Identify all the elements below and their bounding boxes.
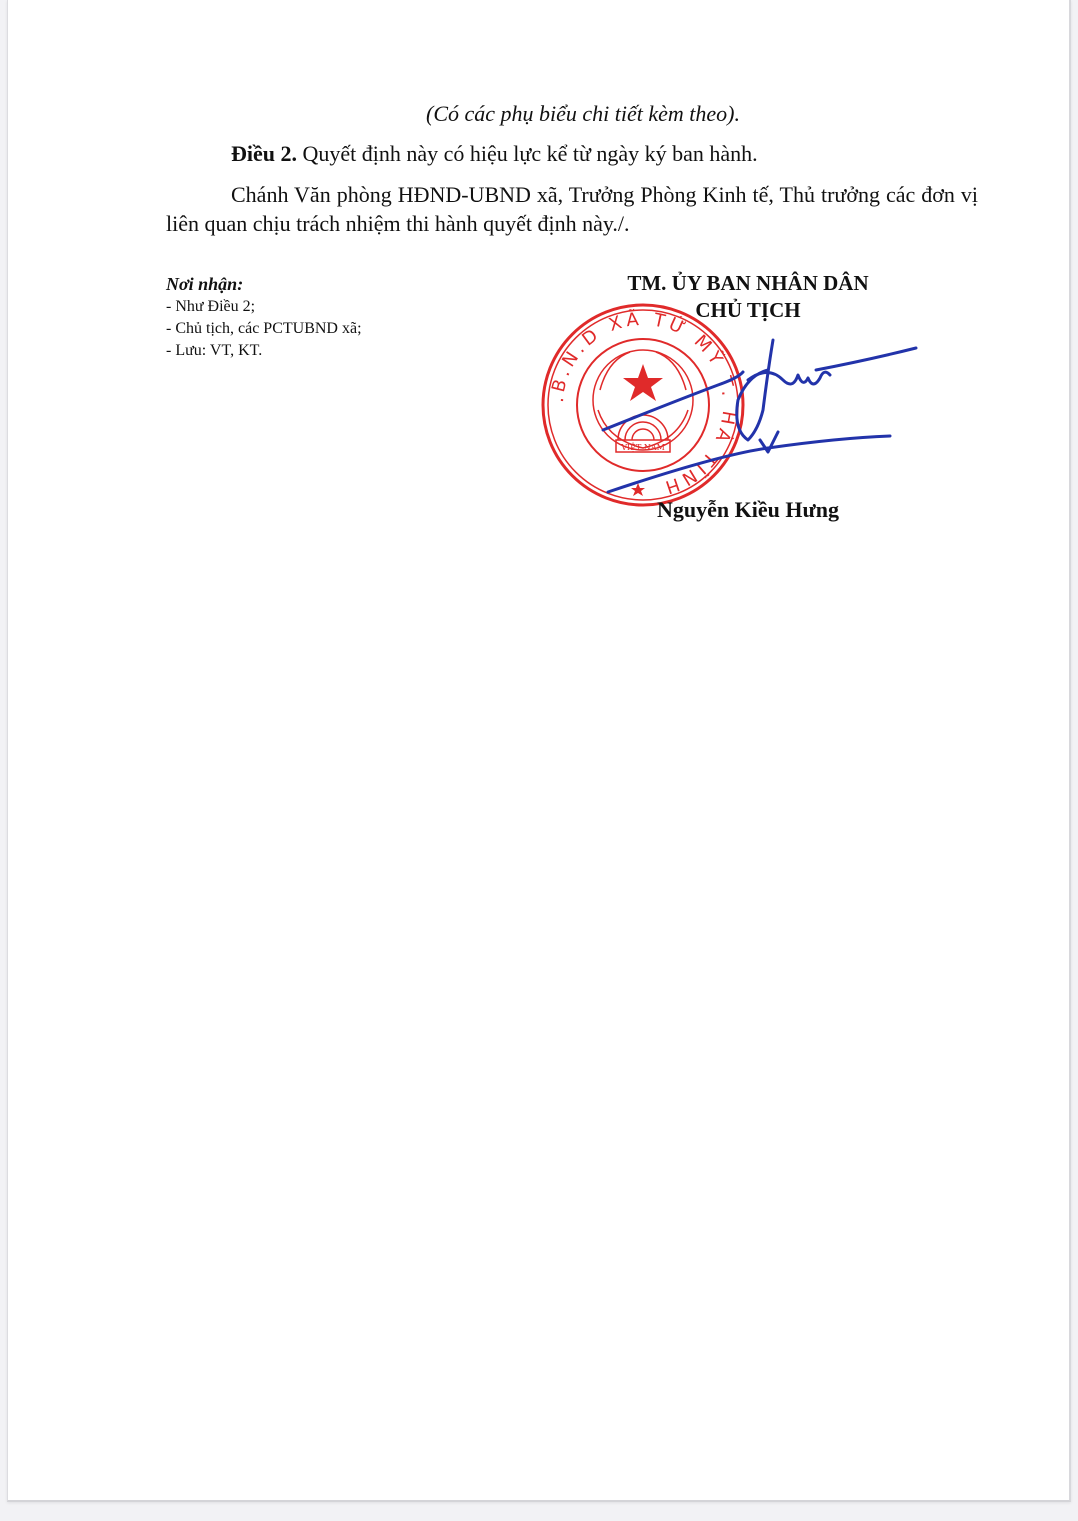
recipients-block: Nơi nhận: - Như Điều 2; - Chủ tịch, các … <box>166 272 362 362</box>
document-page: (Có các phụ biểu chi tiết kèm theo). Điề… <box>7 0 1071 1502</box>
recipient-item: - Như Điều 2; <box>166 296 362 318</box>
appendix-note: (Có các phụ biểu chi tiết kèm theo). <box>426 101 740 127</box>
implementation-clause: Chánh Văn phòng HĐND-UBND xã, Trưởng Phò… <box>166 180 978 238</box>
recipient-item: - Chủ tịch, các PCTUBND xã; <box>166 318 362 340</box>
document-viewer: (Có các phụ biểu chi tiết kèm theo). Điề… <box>0 0 1078 1521</box>
recipients-title: Nơi nhận: <box>166 272 362 296</box>
stamp-emblem-label: VIỆT NAM <box>620 443 665 452</box>
article-2: Điều 2. Quyết định này có hiệu lực kể từ… <box>231 141 758 167</box>
recipient-item: - Lưu: VT, KT. <box>166 340 362 362</box>
signer-name: Nguyễn Kiều Hưng <box>568 497 928 523</box>
recipients-list: - Như Điều 2; - Chủ tịch, các PCTUBND xã… <box>166 296 362 362</box>
article-2-text: Quyết định này có hiệu lực kể từ ngày ký… <box>297 141 758 166</box>
on-behalf-title: TM. ỦY BAN NHÂN DÂN <box>568 270 928 297</box>
article-2-label: Điều 2. <box>231 141 297 166</box>
official-stamp-icon: U.B.N.D XÃ TỨ MỸ T. HÀ TĨNH VIỆT NAM <box>538 300 748 510</box>
